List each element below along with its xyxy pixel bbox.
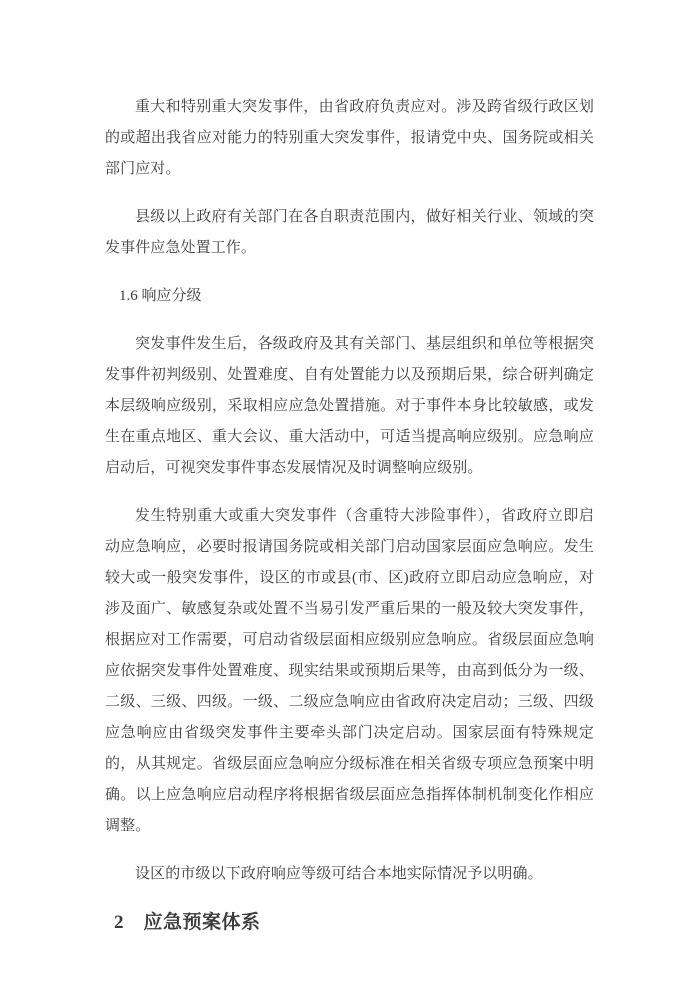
- paragraph-county-departments-duties: 县级以上政府有关部门在各自职责范围内，做好相关行业、领域的突发事件应急处置工作。: [105, 202, 594, 264]
- document-page: 重大和特别重大突发事件，由省政府负责应对。涉及跨省级行政区划的或超出我省应对能力…: [0, 0, 700, 990]
- heading-1-6-response-grading: 1.6 响应分级: [105, 281, 594, 312]
- paragraph-response-level-determination: 突发事件发生后，各级政府及其有关部门、基层组织和单位等根据突发事件初判级别、处置…: [105, 329, 594, 484]
- paragraph-major-events-response: 重大和特别重大突发事件，由省政府负责应对。涉及跨省级行政区划的或超出我省应对能力…: [105, 92, 594, 185]
- paragraph-response-activation-rules: 发生特别重大或重大突发事件（含重特大涉险事件），省政府立即启动应急响应，必要时报…: [105, 501, 594, 842]
- heading-2-emergency-plan-system: 2 应急预案体系: [105, 907, 594, 938]
- paragraph-sub-municipal-response-levels: 设区的市级以下政府响应等级可结合本地实际情况予以明确。: [105, 859, 594, 890]
